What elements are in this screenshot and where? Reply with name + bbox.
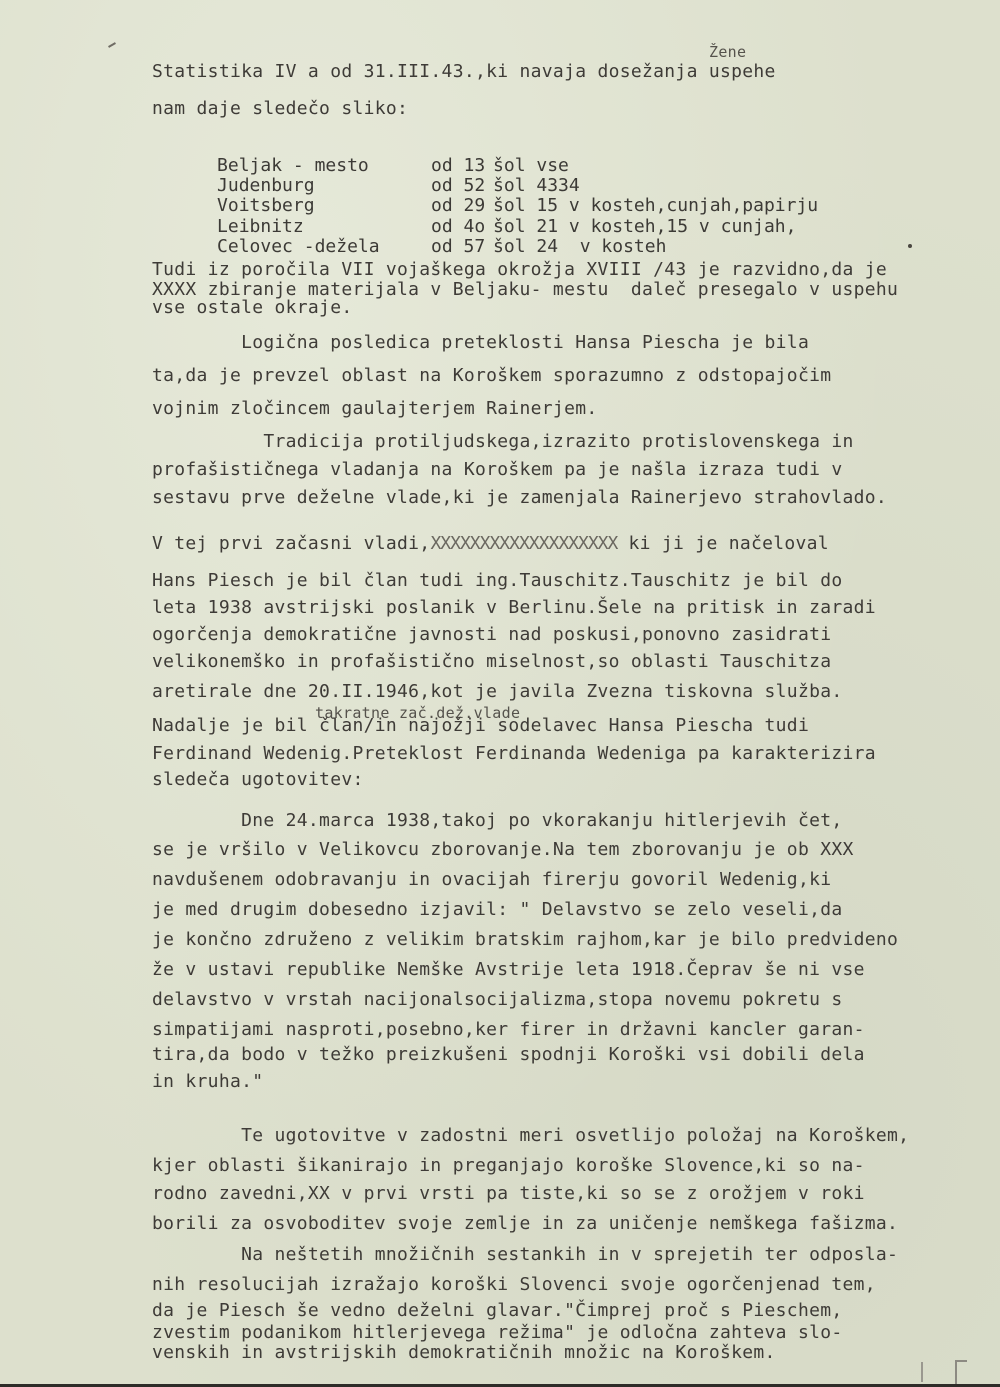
tradition-line-1: Tradicija protiljudskega,izrazito protis… bbox=[152, 432, 854, 452]
government-line-3: leta 1938 avstrijski poslanik v Berlinu.… bbox=[152, 598, 876, 618]
report-line-3: vse ostale okraje. bbox=[152, 298, 352, 318]
government-line-1-end: ki ji je načeloval bbox=[617, 533, 829, 554]
piesch-line-3: vojnim zločincem gaulajterjem Rainerjem. bbox=[152, 399, 597, 419]
tradition-line-2: profašističnega vladanja na Koroškem pa … bbox=[152, 460, 843, 480]
speech-line-8: simpatijami nasproti,posebno,ker firer i… bbox=[152, 1020, 865, 1040]
intro-line-2: nam daje sledečo sliko: bbox=[152, 99, 408, 119]
tradition-line-3: sestavu prve deželne vlade,ki je zamenja… bbox=[152, 488, 887, 508]
piesch-line-2: ta,da je prevzel oblast na Koroškem spor… bbox=[152, 366, 831, 386]
speech-line-4: je med drugim dobesedno izjavil: " Delav… bbox=[152, 900, 843, 920]
resolutions-line-1: Na neštetih množičnih sestankih in v spr… bbox=[152, 1245, 898, 1265]
speech-line-2: se je vršilo v Velikovcu zborovanje.Na t… bbox=[152, 840, 854, 860]
place-cell: Celovec -dežela bbox=[217, 237, 431, 257]
ink-dot bbox=[908, 244, 912, 248]
intro-line-1: Statistika IV a od 31.III.43.,ki navaja … bbox=[152, 62, 776, 82]
government-line-5: velikonemško in profašistično miselnost,… bbox=[152, 652, 831, 672]
government-line-1: V tej prvi začasni vladi,XXXXXXXXXXXXXXX… bbox=[152, 534, 829, 554]
result-cell: šol 24 v kosteh bbox=[493, 237, 666, 257]
speech-line-9: tira,da bodo v težko preizkušeni spodnji… bbox=[152, 1045, 865, 1065]
resolutions-line-4: zvestim podanikom hitlerjevega režima" j… bbox=[152, 1323, 843, 1343]
speech-line-7: delavstvo v vrstah nacijonalsocijalizma,… bbox=[152, 990, 843, 1010]
pen-mark bbox=[108, 42, 116, 48]
findings-line-3: rodno zavedni,XX v prvi vrsti pa tiste,k… bbox=[152, 1184, 865, 1204]
handwritten-insertion-zene: Žene bbox=[709, 42, 746, 62]
findings-line-4: borili za osvoboditev svoje zemlje in za… bbox=[152, 1214, 898, 1234]
speech-line-6: že v ustavi republike Nemške Avstrije le… bbox=[152, 960, 865, 980]
speech-line-1: Dne 24.marca 1938,takoj po vkorakanju hi… bbox=[152, 811, 843, 831]
struck-out-text: XXXXXXXXXXXXXXXXXXX bbox=[430, 533, 617, 554]
government-line-4: ogorčenja demokratične javnosti nad posk… bbox=[152, 625, 831, 645]
government-line-6: aretirale dne 20.II.1946,kot je javila Z… bbox=[152, 682, 843, 702]
resolutions-line-2: nih resolucijah izražajo koroški Slovenc… bbox=[152, 1275, 876, 1295]
findings-line-2: kjer oblasti šikanirajo in preganjajo ko… bbox=[152, 1156, 865, 1176]
findings-line-1: Te ugotovitve v zadostni meri osvetlijo … bbox=[152, 1126, 909, 1146]
report-line-1: Tudi iz poročila VII vojaškega okrožja X… bbox=[152, 260, 887, 280]
government-line-9: sledeča ugotovitev: bbox=[152, 770, 364, 790]
piesch-line-1: Logična posledica preteklosti Hansa Pies… bbox=[152, 333, 809, 353]
resolutions-line-3: da je Piesch še vedno deželni glavar."Či… bbox=[152, 1301, 843, 1321]
government-line-7: Nadalje je bil član/in najožji sodelavec… bbox=[152, 716, 809, 736]
resolutions-line-5: venskih in avstrijskih demokratičnih mno… bbox=[152, 1343, 776, 1363]
speech-line-5: je končno združeno z velikim bratskim ra… bbox=[152, 930, 898, 950]
typewritten-page: Žene Statistika IV a od 31.III.43.,ki na… bbox=[0, 0, 1000, 1387]
od-cell: od 57 bbox=[431, 237, 493, 257]
government-line-8: Ferdinand Wedenig.Preteklost Ferdinanda … bbox=[152, 744, 876, 764]
speech-line-3: navdušenem odobravanju in ovacijah firer… bbox=[152, 870, 831, 890]
government-line-1-start: V tej prvi začasni vladi, bbox=[152, 533, 430, 554]
government-line-2: Hans Piesch je bil član tudi ing.Tauschi… bbox=[152, 571, 843, 591]
margin-mark bbox=[921, 1362, 923, 1382]
speech-line-10: in kruha." bbox=[152, 1072, 263, 1092]
corner-mark bbox=[955, 1360, 967, 1384]
